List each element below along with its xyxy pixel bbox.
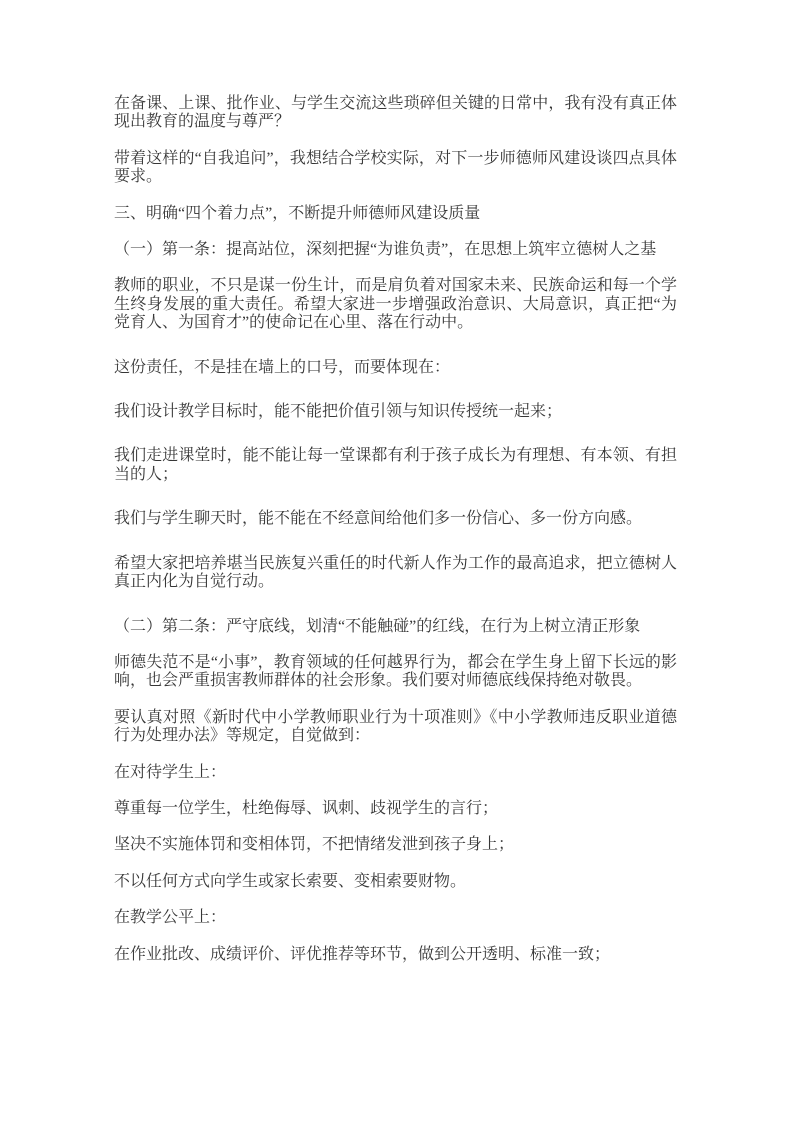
heading-point-two: （二）第二条：严守底线，划清“不能触碰”的红线，在行为上树立清正形象 — [114, 618, 677, 636]
paragraph-regulations: 要认真对照《新时代中小学教师职业行为十项准则》《中小学教师违反职业道德行为处理办… — [114, 709, 677, 746]
paragraph-responsibility-intro: 这份责任，不是挂在墙上的口号，而要体现在： — [114, 359, 677, 377]
list-item-no-corporal-punishment: 坚决不实施体罚和变相体罚，不把情绪发泄到孩子身上； — [114, 836, 677, 854]
heading-point-one: （一）第一条：提高站位，深刻把握“为谁负责”，在思想上筑牢立德树人之基 — [114, 241, 677, 259]
paragraph-teacher-profession: 教师的职业，不只是谋一份生计，而是肩负着对国家未来、民族命运和每一个学生终身发展… — [114, 277, 677, 332]
paragraph-daily-reflection: 在备课、上课、批作业、与学生交流这些琐碎但关键的日常中，我有没有真正体现出教育的… — [114, 95, 677, 132]
label-treating-students: 在对待学生上： — [114, 764, 677, 782]
label-teaching-fairness: 在教学公平上： — [114, 909, 677, 927]
paragraph-ethics-violation: 师德失范不是“小事”，教育领域的任何越界行为，都会在学生身上留下长远的影响，也会… — [114, 654, 677, 691]
heading-section-three: 三、明确“四个着力点”，不断提升师德师风建设质量 — [114, 205, 677, 223]
list-item-respect-students: 尊重每一位学生，杜绝侮辱、讽刺、歧视学生的言行； — [114, 800, 677, 818]
list-item-fair-evaluation: 在作业批改、成绩评价、评优推荐等环节，做到公开透明、标准一致； — [114, 946, 677, 964]
document-page: 在备课、上课、批作业、与学生交流这些琐碎但关键的日常中，我有没有真正体现出教育的… — [0, 0, 793, 1122]
list-item-teaching-goals: 我们设计教学目标时，能不能把价值引领与知识传授统一起来； — [114, 403, 677, 421]
list-item-student-chat: 我们与学生聊天时，能不能在不经意间给他们多一份信心、多一份方向感。 — [114, 510, 677, 528]
paragraph-cultivation-hope: 希望大家把培养堪当民族复兴重任的时代新人作为工作的最高追求，把立德树人真正内化为… — [114, 555, 677, 592]
paragraph-self-questioning: 带着这样的“自我追问”，我想结合学校实际，对下一步师德师风建设谈四点具体要求。 — [114, 150, 677, 187]
list-item-classroom-lessons: 我们走进课堂时，能不能让每一堂课都有利于孩子成长为有理想、有本领、有担当的人； — [114, 447, 677, 484]
document-content: 在备课、上课、批作业、与学生交流这些琐碎但关键的日常中，我有没有真正体现出教育的… — [114, 95, 677, 982]
list-item-no-soliciting-gifts: 不以任何方式向学生或家长索要、变相索要财物。 — [114, 873, 677, 891]
